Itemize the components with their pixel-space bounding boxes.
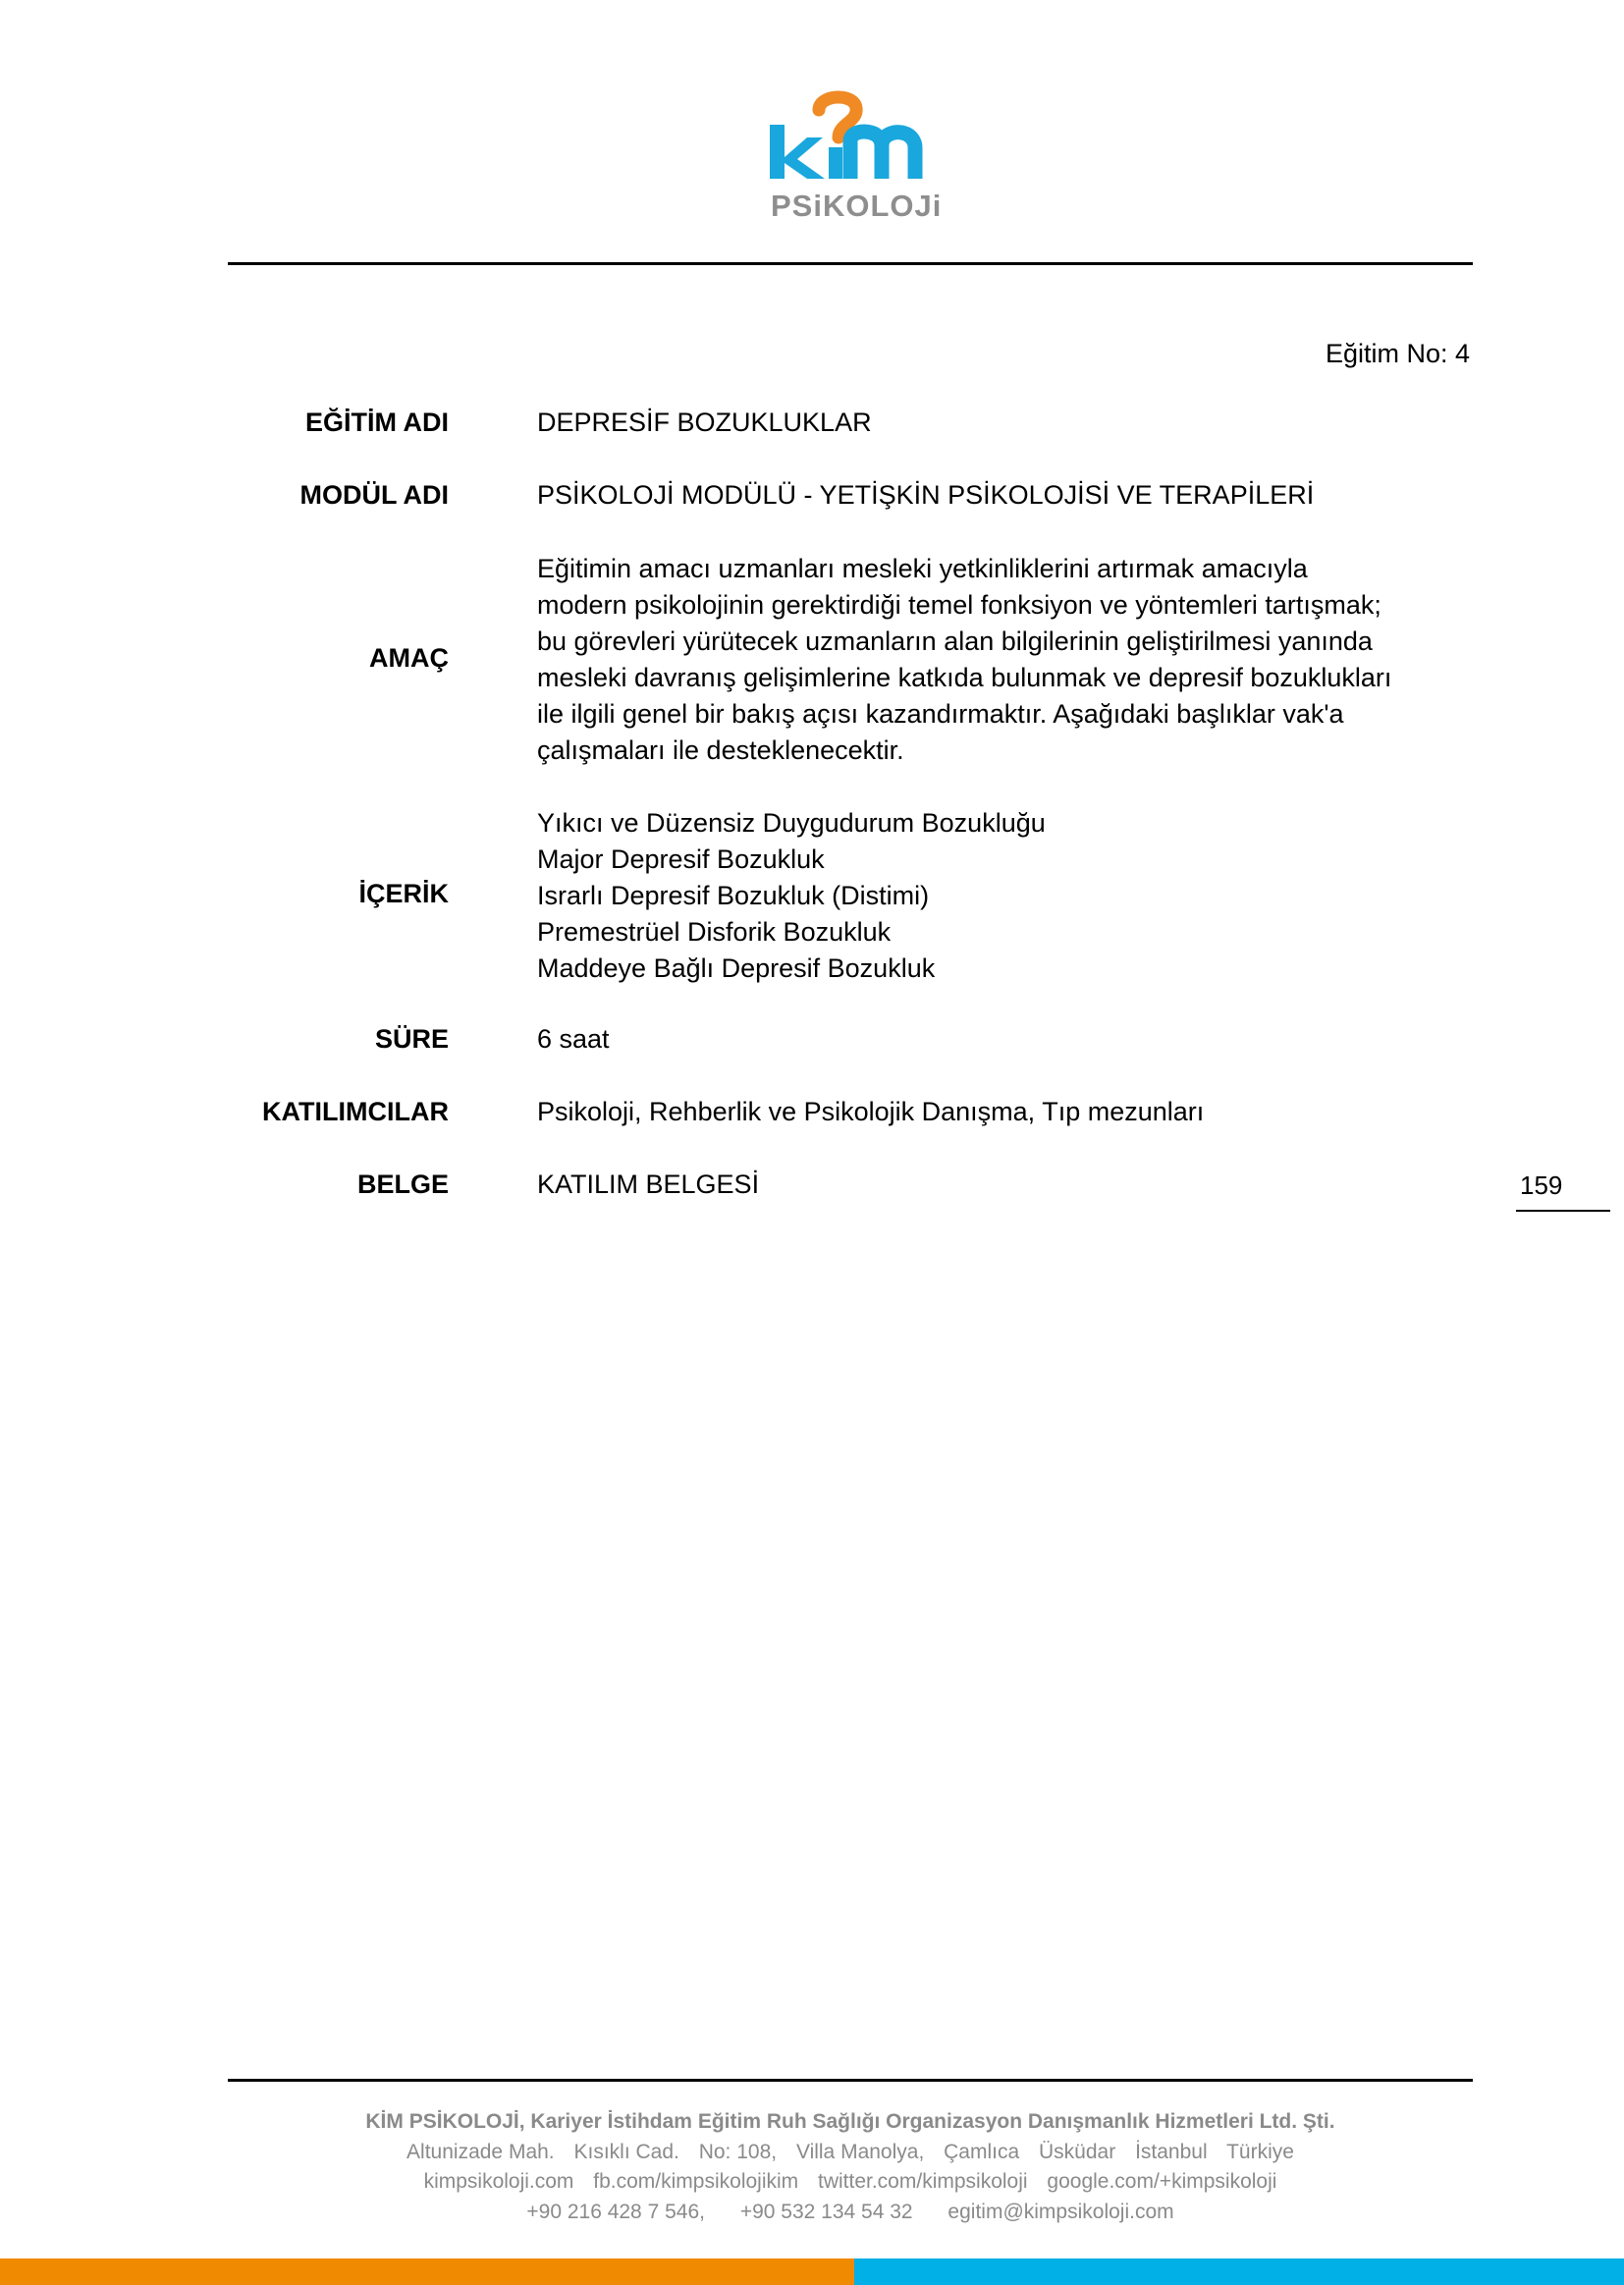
purpose-line: Eğitimin amacı uzmanları mesleki yetkinl… <box>537 551 1480 587</box>
footer-bar-orange <box>0 2258 854 2285</box>
purpose-line: mesleki davranış gelişimlerine katkıda b… <box>537 660 1480 696</box>
page-number: 159 <box>1520 1170 1562 1201</box>
footer-address-part: Kısıklı Cad. <box>573 2141 678 2163</box>
content-label: İÇERİK <box>358 879 449 909</box>
certificate-label: BELGE <box>357 1170 449 1200</box>
content-item: Israrlı Depresif Bozukluk (Distimi) <box>537 878 1046 914</box>
purpose-line: ile ilgili genel bir bakış açısı kazandı… <box>537 696 1480 733</box>
training-name-value: DEPRESİF BOZUKLUKLAR <box>537 405 872 441</box>
footer-link-facebook[interactable]: fb.com/kimpsikolojikim <box>593 2170 798 2193</box>
footer-address-part: Çamlıca <box>944 2141 1019 2163</box>
module-name-value: PSİKOLOJİ MODÜLÜ - YETİŞKİN PSİKOLOJİSİ … <box>537 477 1314 514</box>
training-number: Eğitim No: 4 <box>1326 339 1470 369</box>
footer-address-part: Üsküdar <box>1039 2141 1115 2163</box>
footer-link-twitter[interactable]: twitter.com/kimpsikoloji <box>818 2170 1028 2193</box>
purpose-label: AMAÇ <box>369 643 449 674</box>
footer-address-part: Villa Manolya, <box>796 2141 924 2163</box>
footer-bar-blue <box>854 2258 1624 2285</box>
footer-company-name: KİM PSİKOLOJİ <box>365 2110 518 2133</box>
footer-link-website[interactable]: kimpsikoloji.com <box>424 2170 574 2193</box>
footer-company-legal: , Kariyer İstihdam Eğitim Ruh Sağlığı Or… <box>519 2110 1335 2133</box>
footer-address-part: İstanbul <box>1135 2141 1208 2163</box>
footer-phone-1: +90 216 428 7 546, <box>526 2201 705 2223</box>
content-list: Yıkıcı ve Düzensiz Duygudurum Bozukluğu … <box>537 805 1046 987</box>
certificate-value: KATILIM BELGESİ <box>537 1167 759 1203</box>
content-item: Major Depresif Bozukluk <box>537 842 1046 878</box>
page-number-underline <box>1516 1210 1610 1212</box>
participants-label: KATILIMCILAR <box>262 1097 449 1127</box>
footer-address-part: Türkiye <box>1226 2141 1294 2163</box>
purpose-line: bu görevleri yürütecek uzmanların alan b… <box>537 624 1480 660</box>
module-name-label: MODÜL ADI <box>300 480 450 511</box>
footer-address-line: Altunizade Mah. Kısıklı Cad. No: 108, Vi… <box>228 2138 1473 2168</box>
purpose-line: modern psikolojinin gerektirdiği temel f… <box>537 587 1480 624</box>
purpose-text: Eğitimin amacı uzmanları mesleki yetkinl… <box>537 551 1480 769</box>
footer-phone-2: +90 532 134 54 32 <box>740 2201 913 2223</box>
kim-psikoloji-logo: PSiKOLOJi <box>768 90 935 218</box>
participants-value: Psikoloji, Rehberlik ve Psikolojik Danış… <box>537 1094 1204 1130</box>
footer-link-google[interactable]: google.com/+kimpsikoloji <box>1047 2170 1276 2193</box>
content-item: Yıkıcı ve Düzensiz Duygudurum Bozukluğu <box>537 805 1046 842</box>
content-item: Premestrüel Disforik Bozukluk <box>537 914 1046 951</box>
purpose-line: çalışmaları ile desteklenecektir. <box>537 733 1480 769</box>
footer-links-line: kimpsikoloji.com fb.com/kimpsikolojikim … <box>228 2167 1473 2198</box>
footer-contact-line: +90 216 428 7 546, +90 532 134 54 32 egi… <box>228 2198 1473 2228</box>
training-name-label: EĞİTİM ADI <box>305 408 449 438</box>
footer-address-part: No: 108, <box>699 2141 777 2163</box>
duration-value: 6 saat <box>537 1021 610 1058</box>
footer-email[interactable]: egitim@kimpsikoloji.com <box>947 2201 1173 2223</box>
footer-address-part: Altunizade Mah. <box>406 2141 555 2163</box>
footer-divider <box>228 2079 1473 2082</box>
header-divider <box>228 262 1473 265</box>
content-item: Maddeye Bağlı Depresif Bozukluk <box>537 951 1046 987</box>
logo-subtitle: PSiKOLOJi <box>771 189 942 224</box>
kim-logo-mark-icon <box>768 90 935 189</box>
duration-label: SÜRE <box>375 1024 449 1055</box>
footer: KİM PSİKOLOJİ, Kariyer İstihdam Eğitim R… <box>228 2107 1473 2227</box>
footer-company-line: KİM PSİKOLOJİ, Kariyer İstihdam Eğitim R… <box>228 2107 1473 2138</box>
